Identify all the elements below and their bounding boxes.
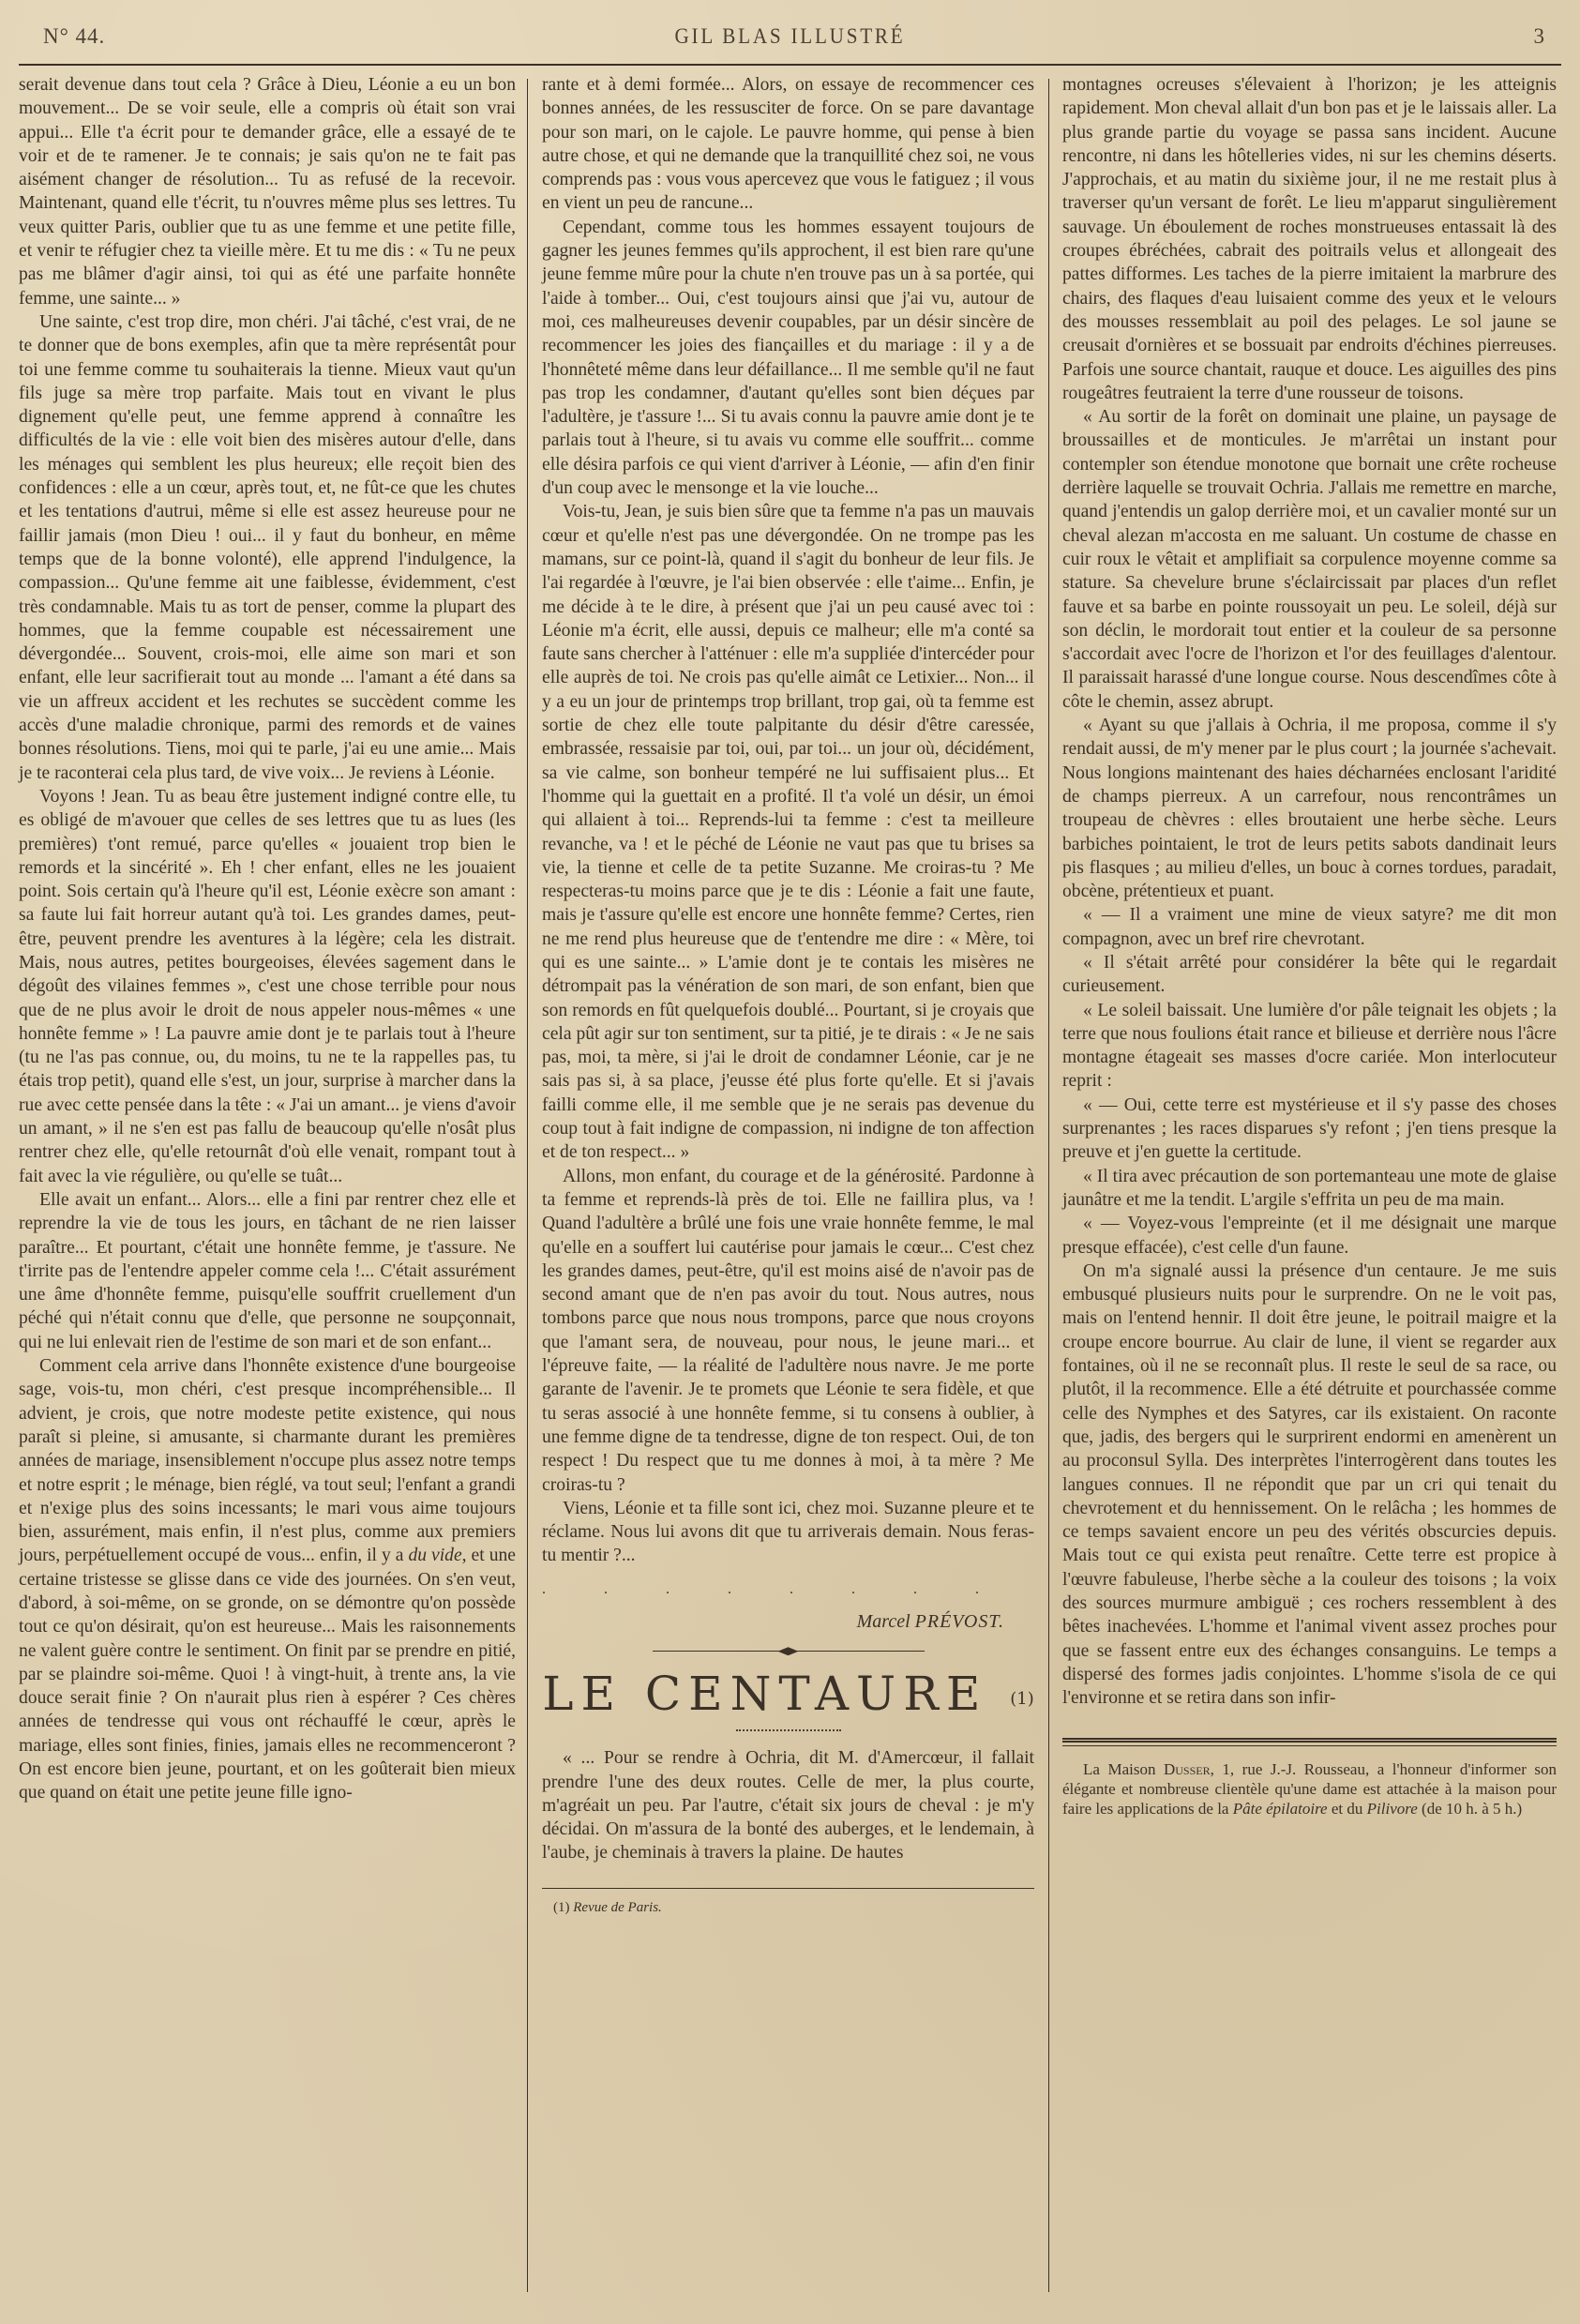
advertisement-text: La Maison Dusser, 1, rue J.-J. Rousseau,… [1062, 1759, 1557, 1818]
paragraph: « Le soleil baissait. Une lumière d'or p… [1062, 999, 1557, 1094]
column-divider [527, 79, 528, 2292]
paragraph: Allons, mon enfant, du courage et de la … [542, 1165, 1034, 1497]
shop-name: Dusser [1164, 1760, 1211, 1778]
product-name: Pilivore [1367, 1800, 1418, 1818]
footnote: (1) Revue de Paris. [542, 1896, 1034, 1920]
publication-title: GIL BLAS ILLUSTRÉ [81, 24, 1499, 49]
emphasis: du vide [408, 1546, 461, 1565]
opening-hours: (de 10 h. à 5 h.) [1418, 1800, 1522, 1818]
paragraph: Vois-tu, Jean, je suis bien sûre que ta … [542, 500, 1034, 1164]
wavy-underline [736, 1724, 841, 1731]
paragraph: « Au sortir de la forêt on dominait une … [1062, 405, 1557, 714]
paragraph: « Il s'était arrêté pour considérer la b… [1062, 951, 1557, 999]
footnote-rule [542, 1888, 1034, 1889]
author-signature: Marcel PRÉVOST. [542, 1610, 1034, 1634]
paragraph: Une sainte, c'est trop dire, mon chéri. … [19, 310, 516, 785]
author-last-name: PRÉVOST. [915, 1611, 1004, 1632]
footnote-text: Revue de Paris. [573, 1900, 662, 1915]
column-divider [1048, 79, 1049, 2292]
paragraph: Viens, Léonie et ta fille sont ici, chez… [542, 1497, 1034, 1568]
ornament-divider [653, 1647, 925, 1656]
column-3: montagnes ocreuses s'élevaient à l'horiz… [1062, 73, 1557, 1818]
footnote-marker: (1) [1010, 1689, 1034, 1709]
article-headline: LE CENTAURE (1) [542, 1666, 1034, 1722]
paragraph: « — Voyez-vous l'empreinte (et il me dés… [1062, 1212, 1557, 1260]
paragraph: montagnes ocreuses s'élevaient à l'horiz… [1062, 73, 1557, 405]
paragraph: « Il tira avec précaution de son portema… [1062, 1165, 1557, 1213]
author-first-name: Marcel [857, 1611, 910, 1632]
paragraph: rante et à demi formée... Alors, on essa… [542, 73, 1034, 216]
ellipsis-dots: . . . . . . . . . . . . . . . . . [542, 1577, 1034, 1601]
product-name: Pâte épilatoire [1233, 1800, 1328, 1818]
advertisement: La Maison Dusser, 1, rue J.-J. Rousseau,… [1062, 1759, 1557, 1818]
paragraph: On m'a signalé aussi la présence d'un ce… [1062, 1260, 1557, 1711]
paragraph: « ... Pour se rendre à Ochria, dit M. d'… [542, 1746, 1034, 1864]
masthead: N° 44. GIL BLAS ILLUSTRÉ 3 [19, 21, 1561, 62]
paragraph: Cependant, comme tous les hommes essayen… [542, 216, 1034, 501]
column-2: rante et à demi formée... Alors, on essa… [542, 73, 1034, 1920]
paragraph: serait devenue dans tout cela ? Grâce à … [19, 73, 516, 310]
paragraph: Elle avait un enfant... Alors... elle a … [19, 1188, 516, 1354]
paragraph: Comment cela arrive dans l'honnête exist… [19, 1354, 516, 1805]
masthead-rule [19, 64, 1561, 66]
paragraph: « Ayant su que j'allais à Ochria, il me … [1062, 714, 1557, 903]
advertisement-rule [1062, 1738, 1557, 1746]
diamond-ornament-icon [778, 1647, 799, 1655]
paragraph: « — Oui, cette terre est mystérieuse et … [1062, 1094, 1557, 1165]
footnote-number: (1) [553, 1900, 570, 1915]
paragraph: « — Il a vraiment une mine de vieux saty… [1062, 903, 1557, 951]
page-number: 3 [1534, 24, 1545, 49]
paragraph: Voyons ! Jean. Tu as beau être justement… [19, 785, 516, 1188]
column-1: serait devenue dans tout cela ? Grâce à … [19, 73, 516, 1805]
